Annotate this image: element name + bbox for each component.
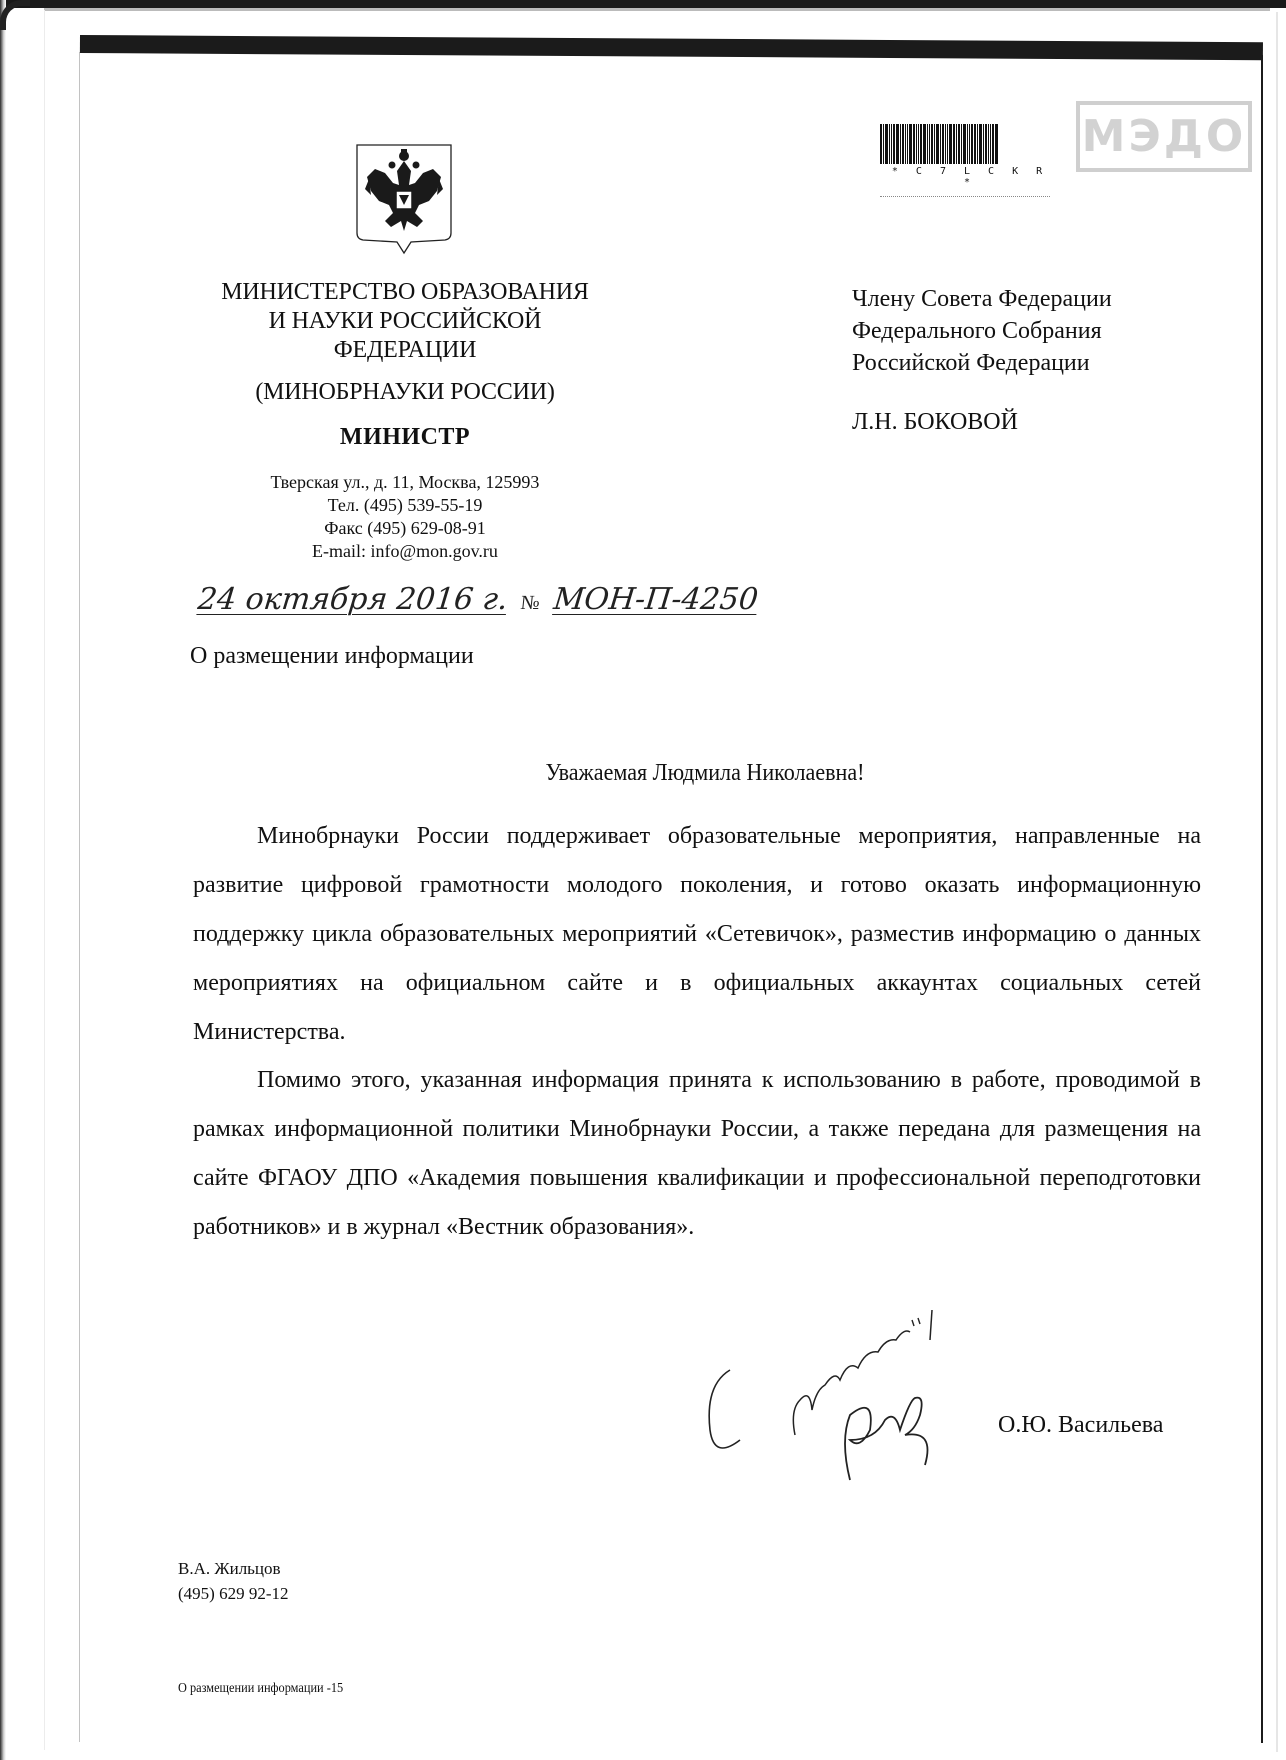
body-paragraph: Минобрнауки России поддерживает образова…: [193, 812, 1201, 1057]
russian-coat-of-arms-icon: [355, 143, 453, 255]
executor-name: В.А. Жильцов: [178, 1556, 288, 1581]
paragraph-text: Минобрнауки России поддерживает образова…: [193, 812, 1201, 1057]
greeting: Уважаемая Людмила Николаевна!: [56, 760, 1286, 787]
page-edge: [44, 10, 45, 1750]
executor-block: В.А. Жильцов (495) 629 92-12: [178, 1556, 288, 1606]
email: E-mail: info@mon.gov.ru: [190, 540, 620, 563]
registration-line: 24 октября 2016 г. № МОН-П-4250: [196, 582, 760, 617]
frame-line-right: [1261, 55, 1263, 1743]
addressee-line: Члену Совета Федерации: [852, 283, 1112, 315]
registration-date: 24 октября 2016 г.: [196, 582, 509, 617]
letter-subject: О размещении информации: [190, 643, 474, 670]
executor-phone: (495) 629 92-12: [178, 1581, 288, 1606]
ministry-name-line: ФЕДЕРАЦИИ: [190, 336, 620, 365]
barcode-text: * C 7 L C K R *: [880, 166, 1060, 188]
position-title: МИНИСТР: [190, 424, 620, 451]
addressee-block: Члену Совета Федерации Федерального Собр…: [852, 283, 1112, 436]
ministry-name-line: И НАУКИ РОССИЙСКОЙ: [190, 307, 620, 336]
fax: Факс (495) 629-08-91: [190, 517, 620, 540]
scan-edge-top: [0, 0, 1286, 8]
addressee-line: Федерального Собрания: [852, 315, 1112, 347]
ministry-name-line: МИНИСТЕРСТВО ОБРАЗОВАНИЯ: [190, 278, 620, 307]
address: Тверская ул., д. 11, Москва, 125993: [190, 471, 620, 494]
ministry-short-line: (МИНОБРНАУКИ РОССИИ): [190, 378, 620, 407]
ministry-contacts: Тверская ул., д. 11, Москва, 125993 Тел.…: [190, 471, 620, 563]
page-edge: [44, 8, 1270, 11]
barcode-bars: [880, 124, 1060, 164]
signer-name: О.Ю. Васильева: [998, 1412, 1163, 1439]
barcode: * C 7 L C K R *: [880, 124, 1060, 197]
addressee-name: Л.Н. БОКОВОЙ: [852, 409, 1112, 436]
body-paragraph: Помимо этого, указанная информация приня…: [193, 1056, 1201, 1252]
scan-edge-left: [0, 0, 6, 1760]
addressee-line: Российской Федерации: [852, 347, 1112, 379]
barcode-underline: [880, 196, 1050, 197]
header-black-bar: [80, 35, 1263, 60]
medo-stamp: МЭДО: [1076, 101, 1252, 172]
frame-line-left: [79, 52, 80, 1742]
handwritten-signature: С уважением,: [700, 1290, 1020, 1490]
ministry-name: МИНИСТЕРСТВО ОБРАЗОВАНИЯ И НАУКИ РОССИЙС…: [190, 278, 620, 365]
phone: Тел. (495) 539-55-19: [190, 494, 620, 517]
registration-number: МОН-П-4250: [552, 582, 760, 617]
paragraph-text: Помимо этого, указанная информация приня…: [193, 1056, 1201, 1252]
number-sign: №: [520, 592, 541, 614]
page-edge: [1276, 12, 1278, 1752]
file-reference: О размещении информации -15: [178, 1681, 343, 1697]
ministry-short-name: (МИНОБРНАУКИ РОССИИ): [190, 378, 620, 407]
